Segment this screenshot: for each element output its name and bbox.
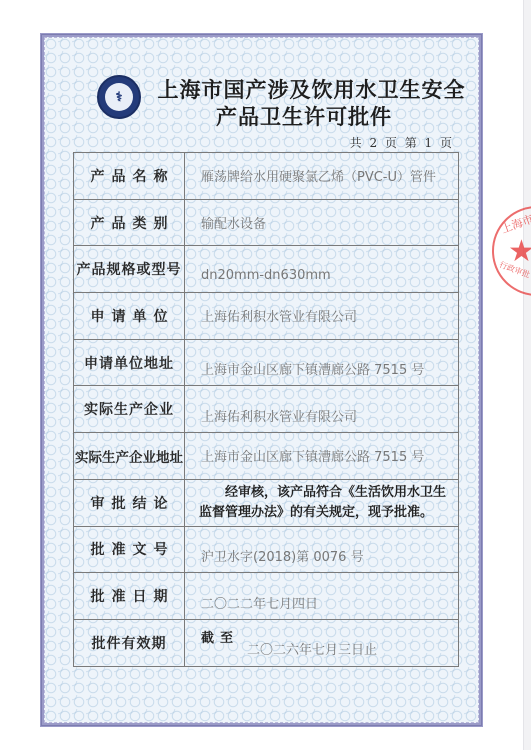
table-row: 实际生产企业 上海佑利积水管业有限公司 <box>74 386 459 433</box>
row-label: 批件有效期 <box>74 619 185 666</box>
title-line-2: 产品卫生许可批件 <box>154 101 454 131</box>
table-row: 申请单位地址 上海市金山区廊下镇漕廊公路 7515 号 <box>74 339 459 386</box>
emblem-center: ⚕ <box>105 83 133 111</box>
row-label: 产品类别 <box>74 199 185 246</box>
table-row: 申请单位 上海佑利积水管业有限公司 <box>74 293 459 340</box>
row-label: 产品规格或型号 <box>74 246 185 293</box>
row-label: 申请单位地址 <box>74 339 185 386</box>
row-label: 实际生产企业 <box>74 386 185 433</box>
row-label: 申请单位 <box>74 293 185 340</box>
row-value: 上海佑利积水管业有限公司 <box>185 293 459 340</box>
row-value: 沪卫水字(2018)第 0076 号 <box>185 526 459 573</box>
validity-prefix: 截至 <box>201 631 239 646</box>
official-seal-stamp: 上海市卫生 ★ 行政审批（1） <box>492 206 531 296</box>
row-value: 二〇二二年七月四日 <box>185 573 459 620</box>
page-indicator: 共 2 页 第 1 页 <box>350 134 454 151</box>
table-row: 批件有效期 截至二〇二六年七月三日止 <box>74 619 459 666</box>
health-authority-emblem-icon: ⚕ <box>97 75 141 119</box>
table-row: 产品类别 输配水设备 <box>74 199 459 246</box>
table-row: 实际生产企业地址 上海市金山区廊下镇漕廊公路 7515 号 <box>74 433 459 480</box>
page-edge <box>523 0 531 750</box>
certificate: ⚕ 上海市国产涉及饮用水卫生安全 产品卫生许可批件 共 2 页 第 1 页 产品… <box>40 33 483 727</box>
conclusion-text: 经审核，该产品符合《生活饮用水卫生监督管理办法》的有关规定，现予批准。 <box>199 485 446 520</box>
row-value: 输配水设备 <box>185 199 459 246</box>
row-value: 雁荡牌给水用硬聚氯乙烯（PVC-U）管件 <box>185 153 459 200</box>
row-label: 批准日期 <box>74 573 185 620</box>
table-row: 产品名称 雁荡牌给水用硬聚氯乙烯（PVC-U）管件 <box>74 153 459 200</box>
row-value: dn20mm-dn630mm <box>185 246 459 293</box>
license-info-table: 产品名称 雁荡牌给水用硬聚氯乙烯（PVC-U）管件 产品类别 输配水设备 产品规… <box>73 152 459 667</box>
row-label: 产品名称 <box>74 153 185 200</box>
row-value: 上海佑利积水管业有限公司 <box>185 386 459 433</box>
table-row: 审批结论 经审核，该产品符合《生活饮用水卫生监督管理办法》的有关规定，现予批准。 <box>74 479 459 526</box>
row-label: 审批结论 <box>74 479 185 526</box>
table-row: 批准文号 沪卫水字(2018)第 0076 号 <box>74 526 459 573</box>
row-label: 实际生产企业地址 <box>74 433 185 480</box>
row-value: 上海市金山区廊下镇漕廊公路 7515 号 <box>185 339 459 386</box>
stamp-text: 上海市卫生 <box>499 203 531 237</box>
row-value: 上海市金山区廊下镇漕廊公路 7515 号 <box>185 433 459 480</box>
table-row: 批准日期 二〇二二年七月四日 <box>74 573 459 620</box>
validity-date: 二〇二六年七月三日止 <box>247 643 377 658</box>
row-value: 截至二〇二六年七月三日止 <box>185 619 459 666</box>
row-label: 批准文号 <box>74 526 185 573</box>
table-row: 产品规格或型号 dn20mm-dn630mm <box>74 246 459 293</box>
row-value: 经审核，该产品符合《生活饮用水卫生监督管理办法》的有关规定，现予批准。 <box>185 479 459 526</box>
title-line-1: 上海市国产涉及饮用水卫生安全 <box>144 74 479 104</box>
